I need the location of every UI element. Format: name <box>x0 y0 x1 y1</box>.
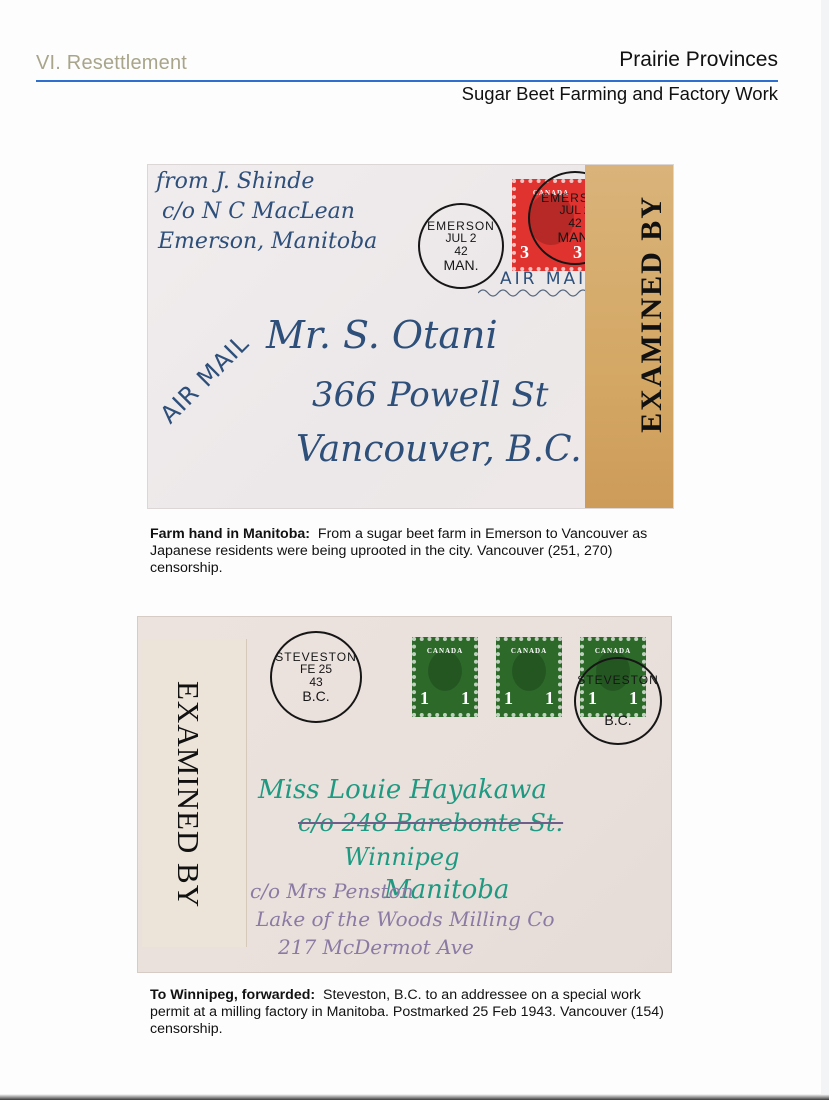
stamp-portrait <box>428 651 462 691</box>
return-address-line: from J. Shinde <box>156 169 314 194</box>
topic-title: Sugar Beet Farming and Factory Work <box>462 83 778 105</box>
cover-steveston: EXAMINED BY STEVESTON FE 25 43 B.C. CANA… <box>138 617 671 972</box>
addressee-line: Miss Louie Hayakawa <box>258 775 547 805</box>
return-address-line: c/o N C MacLean <box>162 199 355 224</box>
stamp: CANADA 11 <box>412 637 478 717</box>
addressee-line: Mr. S. Otani <box>266 313 498 357</box>
postmark: EMERSON JUL 2 42 MAN. <box>418 203 504 289</box>
postmark: STEVESTON B.C. <box>574 657 662 745</box>
region-title: Prairie Provinces <box>619 48 778 72</box>
cover-caption: Farm hand in Manitoba: From a sugar beet… <box>150 526 680 577</box>
censor-label: EXAMINED BY <box>635 195 669 433</box>
caption-lead: To Winnipeg, forwarded: <box>150 987 315 1003</box>
addressee-line: Winnipeg <box>344 843 459 871</box>
censor-tape: EXAMINED BY <box>142 639 247 947</box>
stamp: CANADA 11 <box>496 637 562 717</box>
return-address-line: Emerson, Manitoba <box>158 229 377 254</box>
header-rule <box>36 80 778 82</box>
forwarding-line: 217 McDermot Ave <box>278 935 474 959</box>
section-title: VI. Resettlement <box>36 52 187 75</box>
forwarding-line: Lake of the Woods Milling Co <box>256 907 555 931</box>
airmail-label: AIR MAIL <box>500 269 599 289</box>
addressee-line: 366 Powell St <box>312 375 548 415</box>
censor-tape: EXAMINED BY <box>585 165 673 508</box>
stamp-portrait <box>512 651 546 691</box>
censor-label: EXAMINED BY <box>170 681 206 908</box>
cover-caption: To Winnipeg, forwarded: Steveston, B.C. … <box>150 987 680 1038</box>
cover-emerson: from J. Shinde c/o N C MacLean Emerson, … <box>148 165 673 508</box>
addressee-line: Vancouver, B.C. <box>296 429 582 470</box>
forwarding-line: c/o Mrs Penston <box>250 879 414 903</box>
handwritten-airmail: AIR MAIL <box>155 329 255 429</box>
page-bottom-edge <box>0 1094 829 1100</box>
page-edge <box>821 0 829 1100</box>
caption-lead: Farm hand in Manitoba: <box>150 526 310 542</box>
addressee-line-struck: c/o 248 Barebonte St. <box>298 809 563 837</box>
postmark: STEVESTON FE 25 43 B.C. <box>270 631 362 723</box>
